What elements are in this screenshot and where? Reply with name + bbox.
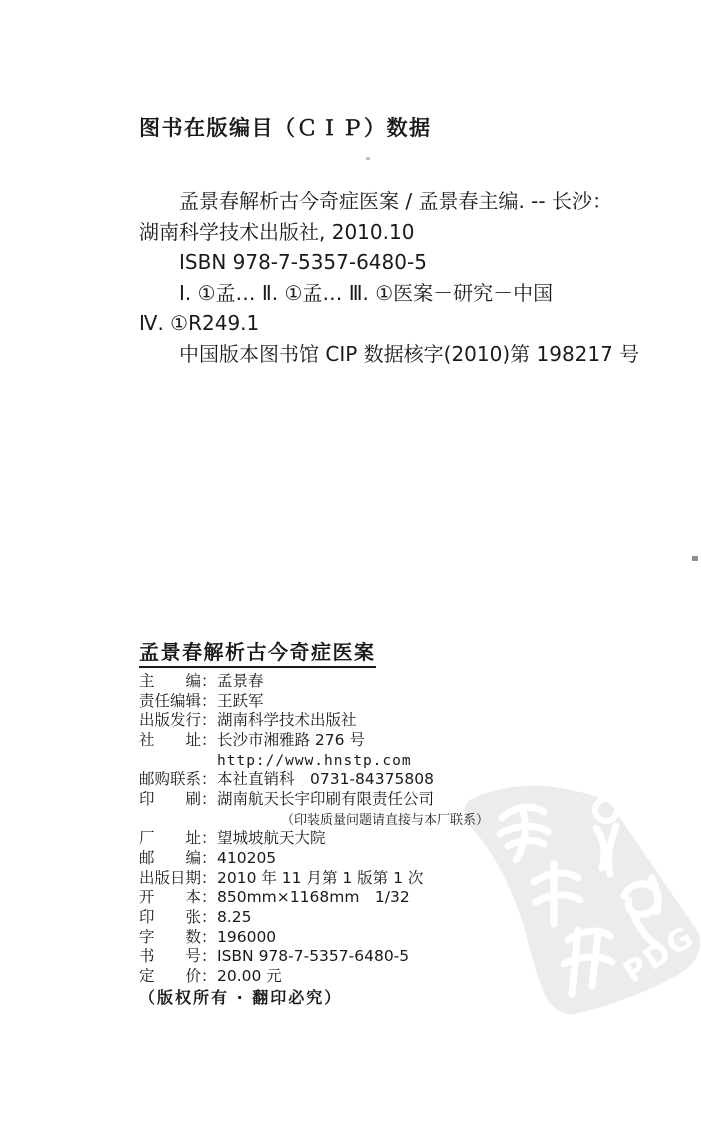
cip-classification-line-1: Ⅰ. ①孟… Ⅱ. ①孟… Ⅲ. ①医案－研究－中国 bbox=[139, 278, 684, 309]
field-value: 王跃军 bbox=[217, 692, 264, 710]
cip-isbn-line: ISBN 978-7-5357-6480-5 bbox=[139, 247, 684, 278]
field-label: 书 号： bbox=[139, 947, 217, 967]
cip-heading: 图书在版编目（ＣＩＰ）数据 bbox=[139, 112, 432, 142]
row-publication-date: 出版日期：2010 年 11 月第 1 版第 1 次 bbox=[139, 869, 489, 889]
field-value: 湖南航天长宇印刷有限责任公司 bbox=[217, 790, 434, 808]
field-label: 邮 编： bbox=[139, 849, 217, 869]
row-factory-address: 厂 址：望城坡航天大院 bbox=[139, 829, 489, 849]
scan-speck bbox=[366, 157, 370, 160]
field-value: （印装质量问题请直接与本厂联系） bbox=[281, 813, 489, 828]
field-label: 主 编： bbox=[139, 672, 217, 692]
row-isbn: 书 号：ISBN 978-7-5357-6480-5 bbox=[139, 947, 489, 967]
row-postal-code: 邮 编：410205 bbox=[139, 849, 489, 869]
row-publisher: 出版发行：湖南科学技术出版社 bbox=[139, 711, 489, 731]
cip-record-number: 中国版本图书馆 CIP 数据核字(2010)第 198217 号 bbox=[139, 339, 684, 370]
row-price: 定 价：20.00 元 bbox=[139, 967, 489, 987]
field-value: 196000 bbox=[217, 928, 276, 946]
row-publisher-address: 社 址：长沙市湘雅路 276 号 bbox=[139, 731, 489, 751]
field-value: 长沙市湘雅路 276 号 bbox=[217, 731, 365, 749]
publisher-url: http://www.hnstp.com bbox=[217, 753, 412, 769]
row-mail-order-contact: 邮购联系：本社直销科 0731-84375808 bbox=[139, 770, 489, 790]
field-value: 本社直销科 0731-84375808 bbox=[217, 770, 434, 788]
row-chief-editor: 主 编：孟景春 bbox=[139, 672, 489, 692]
cip-record-block: 孟景春解析古今奇症医案 / 孟景春主编. -- 长沙： 湖南科学技术出版社, 2… bbox=[139, 186, 684, 369]
pdg-watermark-seal: PDG bbox=[456, 778, 701, 1040]
field-label: 开 本： bbox=[139, 888, 217, 908]
field-label: 责任编辑： bbox=[139, 692, 217, 712]
field-label: 邮购联系： bbox=[139, 770, 217, 790]
book-title: 孟景春解析古今奇症医案 bbox=[139, 636, 376, 668]
field-label: 社 址： bbox=[139, 731, 217, 751]
cip-classification-line-2: Ⅳ. ①R249.1 bbox=[139, 308, 684, 339]
field-value: ISBN 978-7-5357-6480-5 bbox=[217, 947, 409, 965]
book-copyright-page: 图书在版编目（ＣＩＰ）数据 孟景春解析古今奇症医案 / 孟景春主编. -- 长沙… bbox=[0, 0, 701, 1122]
scan-speck bbox=[692, 556, 698, 561]
field-value: 湖南科学技术出版社 bbox=[217, 711, 357, 729]
row-printed-sheets: 印 张：8.25 bbox=[139, 908, 489, 928]
field-label: 字 数： bbox=[139, 928, 217, 948]
field-value: 2010 年 11 月第 1 版第 1 次 bbox=[217, 869, 423, 887]
row-word-count: 字 数：196000 bbox=[139, 928, 489, 948]
field-label: 出版发行： bbox=[139, 711, 217, 731]
field-label: 出版日期： bbox=[139, 869, 217, 889]
row-format: 开 本：850mm×1168mm 1/32 bbox=[139, 888, 489, 908]
field-value: 孟景春 bbox=[217, 672, 264, 690]
field-value: 410205 bbox=[217, 849, 276, 867]
cip-publisher-line: 湖南科学技术出版社, 2010.10 bbox=[139, 217, 684, 248]
row-printer: 印 刷：湖南航天长宇印刷有限责任公司 bbox=[139, 790, 489, 810]
field-label: 定 价： bbox=[139, 967, 217, 987]
field-value: 8.25 bbox=[217, 908, 252, 926]
colophon-table: 主 编：孟景春 责任编辑：王跃军 出版发行：湖南科学技术出版社 社 址：长沙市湘… bbox=[139, 672, 489, 987]
row-print-quality-note: （印装质量问题请直接与本厂联系） bbox=[139, 810, 489, 829]
cip-title-statement: 孟景春解析古今奇症医案 / 孟景春主编. -- 长沙： bbox=[139, 186, 684, 217]
field-label: 厂 址： bbox=[139, 829, 217, 849]
field-label: 印 刷： bbox=[139, 790, 217, 810]
field-value: 20.00 元 bbox=[217, 967, 282, 985]
row-responsible-editor: 责任编辑：王跃军 bbox=[139, 692, 489, 712]
field-value: 850mm×1168mm 1/32 bbox=[217, 888, 410, 906]
row-publisher-url: http://www.hnstp.com bbox=[139, 751, 489, 771]
field-label: 印 张： bbox=[139, 908, 217, 928]
field-value: 望城坡航天大院 bbox=[217, 829, 326, 847]
copyright-notice: （版权所有 · 翻印必究） bbox=[139, 985, 342, 1008]
